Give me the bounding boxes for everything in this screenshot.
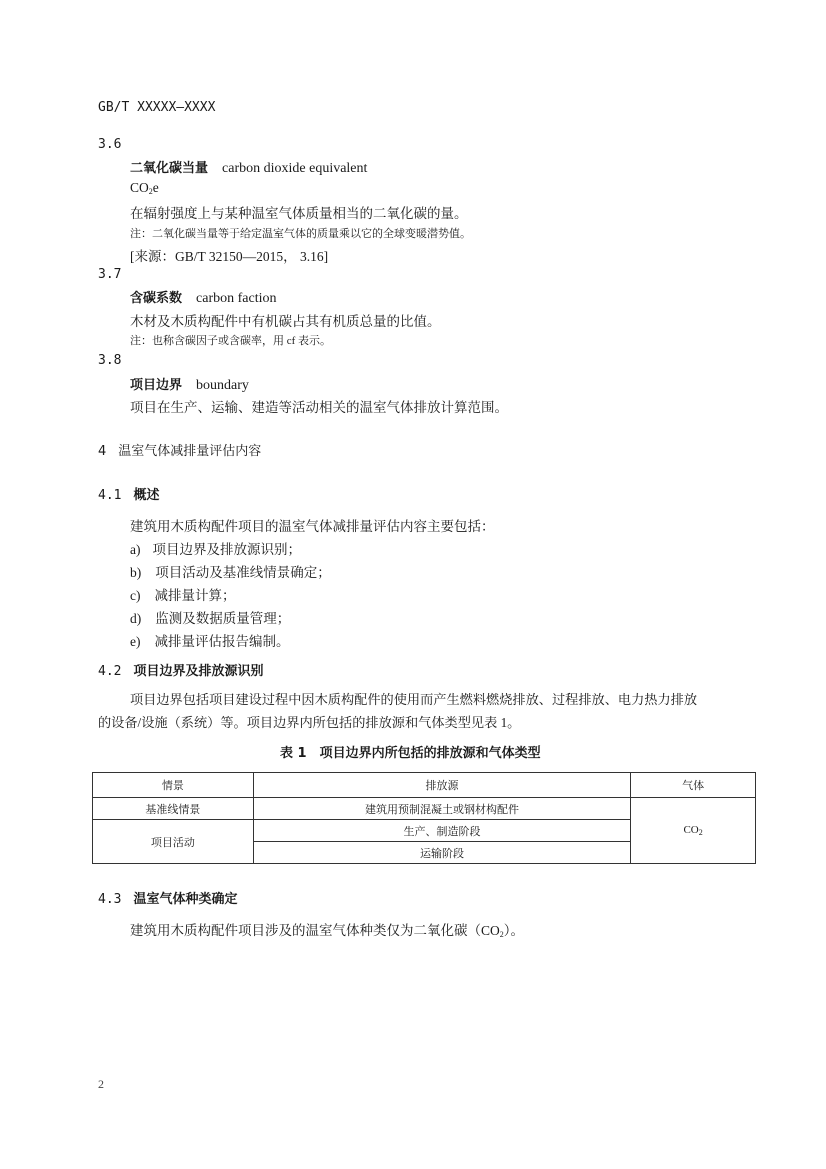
list-item: e)减排量评估报告编制。 (130, 630, 290, 650)
source-cell: 运输阶段 (253, 842, 630, 864)
clause-number-3-6: 3.6 (98, 137, 121, 152)
gas-sub: 2 (699, 828, 703, 837)
term-zh: 含碳系数 (130, 291, 182, 306)
scenario-cell: 基准线情景 (93, 798, 254, 820)
subsection-number: 4.1 (98, 488, 121, 503)
standard-code: GB/T XXXXX—XXXX (98, 100, 215, 115)
page-number: 2 (98, 1077, 104, 1092)
subsection-heading-4-2: 4.2项目边界及排放源识别 (98, 660, 264, 679)
overview-intro: 建筑用木质构配件项目的温室气体减排量评估内容主要包括： (130, 515, 495, 535)
definition-3-8: 项目在生产、运输、建造等活动相关的温室气体排放计算范围。 (130, 396, 508, 416)
emission-source-table: 情景 排放源 气体 基准线情景 建筑用预制混凝土或钢材构配件 CO2 项目活动 … (92, 772, 756, 864)
term-3-8: 项目边界boundary (130, 374, 249, 394)
scenario-cell: 项目活动 (93, 820, 254, 864)
subsection-number: 4.3 (98, 892, 121, 907)
paragraph-line: 的设备/设施（系统）等。项目边界内所包括的排放源和气体类型见表 1。 (98, 712, 520, 731)
source-cell: 生产、制造阶段 (253, 820, 630, 842)
gas-main: CO (683, 824, 698, 836)
paragraph-text: 建筑用木质构配件项目涉及的温室气体种类仅为二氧化碳（CO (130, 923, 500, 938)
list-item: a)项目边界及排放源识别； (130, 538, 301, 558)
term-symbol: CO2e (130, 180, 159, 196)
definition-3-7: 木材及木质构配件中有机碳占其有机质总量的比值。 (130, 310, 441, 330)
clause-number-3-8: 3.8 (98, 353, 121, 368)
clause-number-3-7: 3.7 (98, 267, 121, 282)
list-label: b) (130, 565, 141, 580)
source-3-6: [来源：GB/T 32150—2015， 3.16] (130, 245, 328, 265)
list-item: d)监测及数据质量管理； (130, 607, 290, 627)
list-label: a) (130, 542, 141, 557)
subsection-number: 4.2 (98, 664, 121, 679)
table-header-cell: 气体 (631, 773, 756, 798)
note-3-7: 注：也称含碳因子或含碳率，用 cf 表示。 (130, 332, 331, 348)
gas-cell: CO2 (631, 798, 756, 864)
subsection-heading-4-1: 4.1概述 (98, 484, 160, 503)
subsection-heading-4-3: 4.3温室气体种类确定 (98, 888, 238, 907)
term-zh: 二氧化碳当量 (130, 161, 208, 176)
term-zh: 项目边界 (130, 378, 182, 393)
term-en: boundary (196, 378, 249, 393)
table-header-cell: 排放源 (253, 773, 630, 798)
list-label: d) (130, 611, 141, 626)
list-text: 减排量计算； (155, 588, 236, 603)
term-3-7: 含碳系数carbon faction (130, 287, 276, 307)
list-item: b)项目活动及基准线情景确定； (130, 561, 331, 581)
term-en: carbon dioxide equivalent (222, 161, 367, 176)
definition-3-6: 在辐射强度上与某种温室气体质量相当的二氧化碳的量。 (130, 202, 468, 222)
term-3-6: 二氧化碳当量carbon dioxide equivalent (130, 157, 367, 177)
section-heading-4: 4温室气体减排量评估内容 (98, 440, 261, 459)
list-label: c) (130, 588, 141, 603)
list-item: c)减排量计算； (130, 584, 236, 604)
list-text: 减排量评估报告编制。 (155, 634, 290, 649)
subsection-title: 温室气体种类确定 (133, 892, 237, 907)
table-header-row: 情景 排放源 气体 (93, 773, 756, 798)
symbol-main: CO (130, 180, 149, 195)
note-3-6: 注：二氧化碳当量等于给定温室气体的质量乘以它的全球变暖潜势值。 (130, 225, 471, 241)
table-row: 基准线情景 建筑用预制混凝土或钢材构配件 CO2 (93, 798, 756, 820)
table-caption: 表 1 项目边界内所包括的排放源和气体类型 (280, 742, 541, 761)
list-text: 监测及数据质量管理； (155, 611, 290, 626)
symbol-tail: e (153, 180, 159, 195)
list-text: 项目边界及排放源识别； (153, 542, 302, 557)
section-number: 4 (98, 444, 106, 459)
list-text: 项目活动及基准线情景确定； (155, 565, 331, 580)
section-title: 温室气体减排量评估内容 (118, 444, 261, 459)
term-en: carbon faction (196, 291, 276, 306)
list-label: e) (130, 634, 141, 649)
subsection-title: 概述 (133, 488, 159, 503)
table-header-cell: 情景 (93, 773, 254, 798)
paragraph-text: ）。 (504, 923, 524, 938)
subsection-title: 项目边界及排放源识别 (133, 664, 263, 679)
gas-type-paragraph: 建筑用木质构配件项目涉及的温室气体种类仅为二氧化碳（CO2）。 (130, 919, 524, 939)
source-cell: 建筑用预制混凝土或钢材构配件 (253, 798, 630, 820)
paragraph-line: 项目边界包括项目建设过程中因木质构配件的使用而产生燃料燃烧排放、过程排放、电力热… (130, 689, 697, 708)
